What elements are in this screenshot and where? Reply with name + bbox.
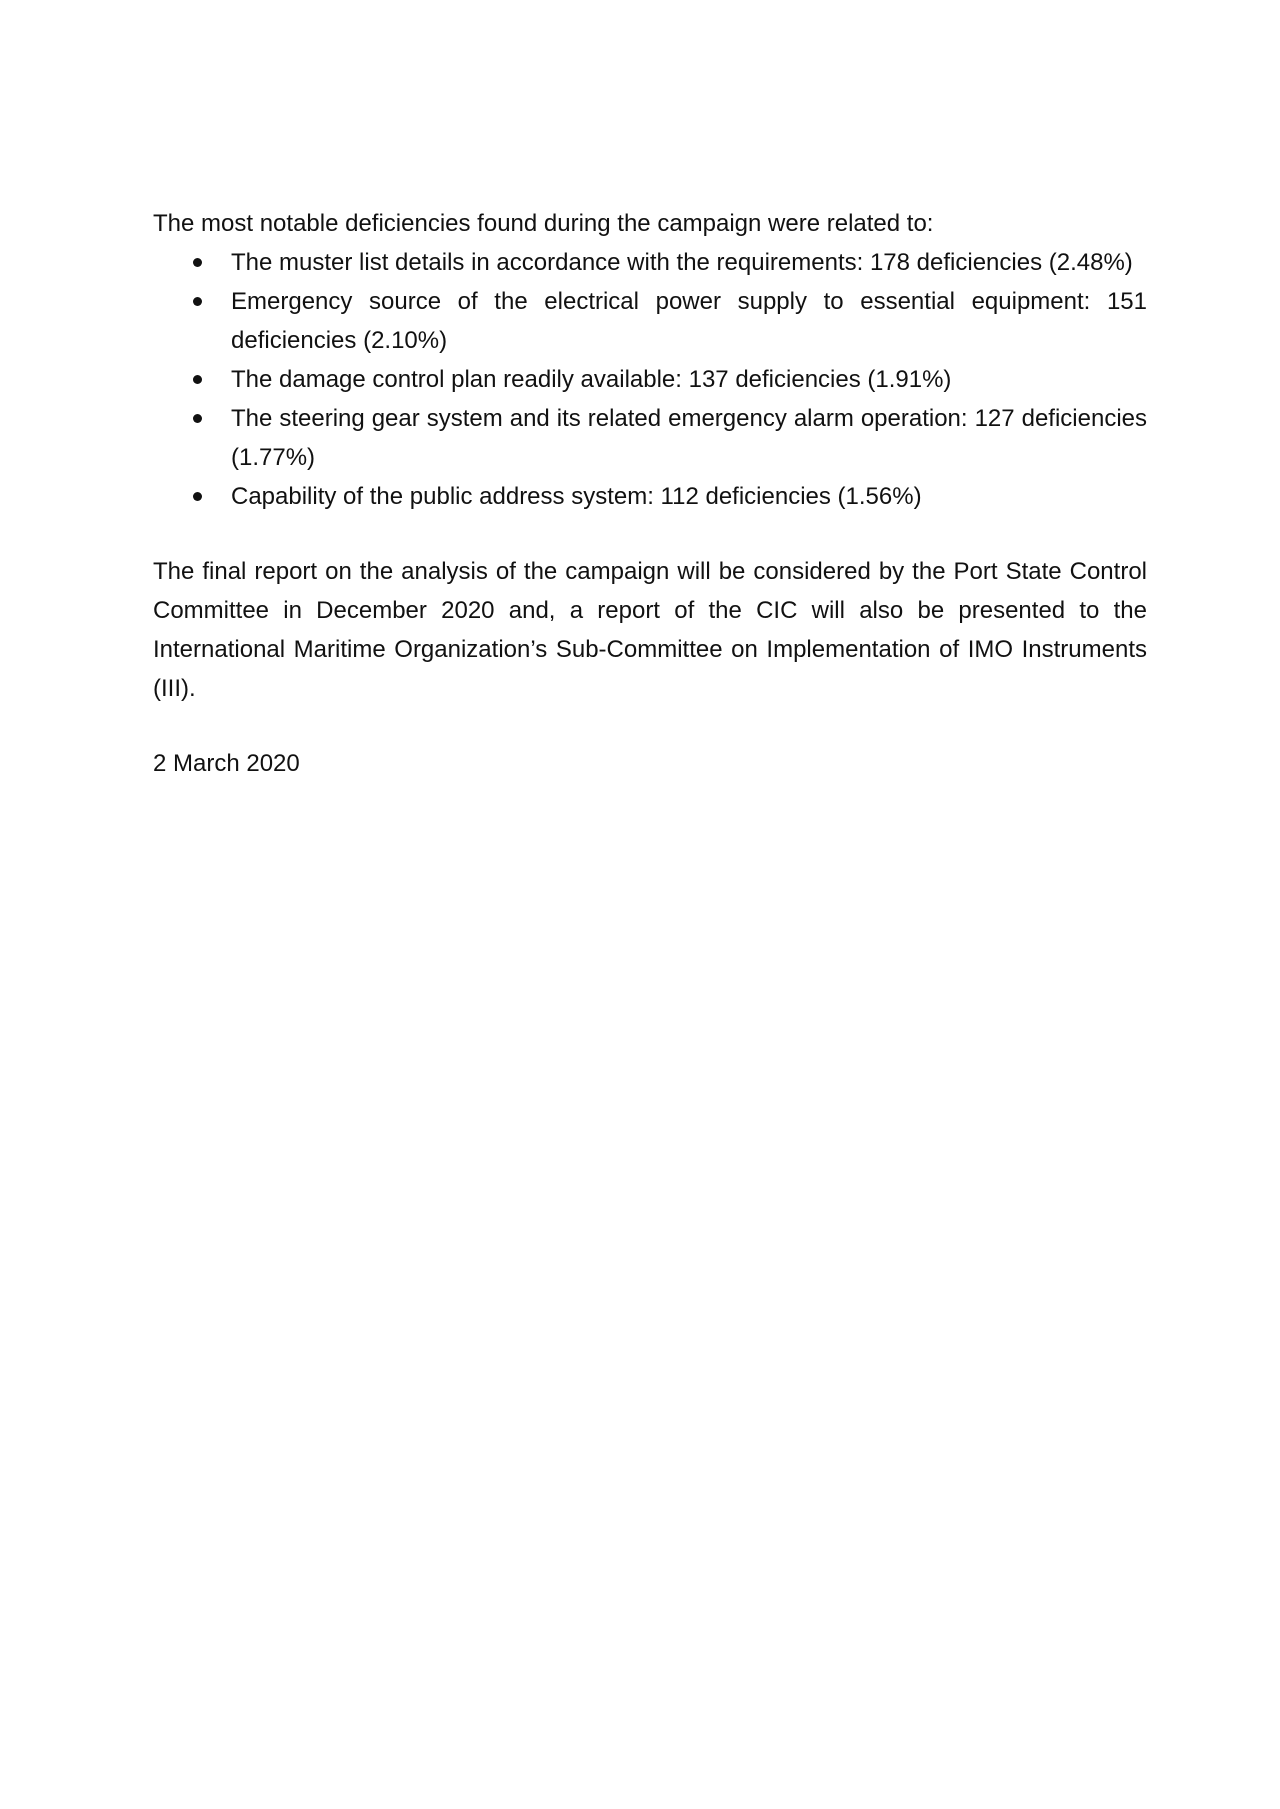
intro-text: The most notable deficiencies found duri… bbox=[153, 204, 1147, 243]
bullet-icon bbox=[193, 258, 202, 267]
list-item: Emergency source of the electrical power… bbox=[153, 282, 1147, 360]
bullet-icon bbox=[193, 375, 202, 384]
list-item-text: The steering gear system and its related… bbox=[231, 405, 1147, 471]
final-report-paragraph: The final report on the analysis of the … bbox=[153, 552, 1147, 708]
list-item-text: The muster list details in accordance wi… bbox=[231, 249, 1133, 276]
bullet-icon bbox=[193, 414, 202, 423]
list-item: The muster list details in accordance wi… bbox=[153, 243, 1147, 282]
bullet-icon bbox=[193, 492, 202, 501]
list-item-text: Capability of the public address system:… bbox=[231, 483, 922, 510]
list-item-text: Emergency source of the electrical power… bbox=[231, 288, 1147, 354]
document-page: The most notable deficiencies found duri… bbox=[153, 204, 1147, 783]
list-item: The damage control plan readily availabl… bbox=[153, 360, 1147, 399]
deficiency-list: The muster list details in accordance wi… bbox=[153, 243, 1147, 516]
document-date: 2 March 2020 bbox=[153, 744, 1147, 783]
list-item-text: The damage control plan readily availabl… bbox=[231, 366, 951, 393]
list-item: Capability of the public address system:… bbox=[153, 477, 1147, 516]
bullet-icon bbox=[193, 297, 202, 306]
list-item: The steering gear system and its related… bbox=[153, 399, 1147, 477]
